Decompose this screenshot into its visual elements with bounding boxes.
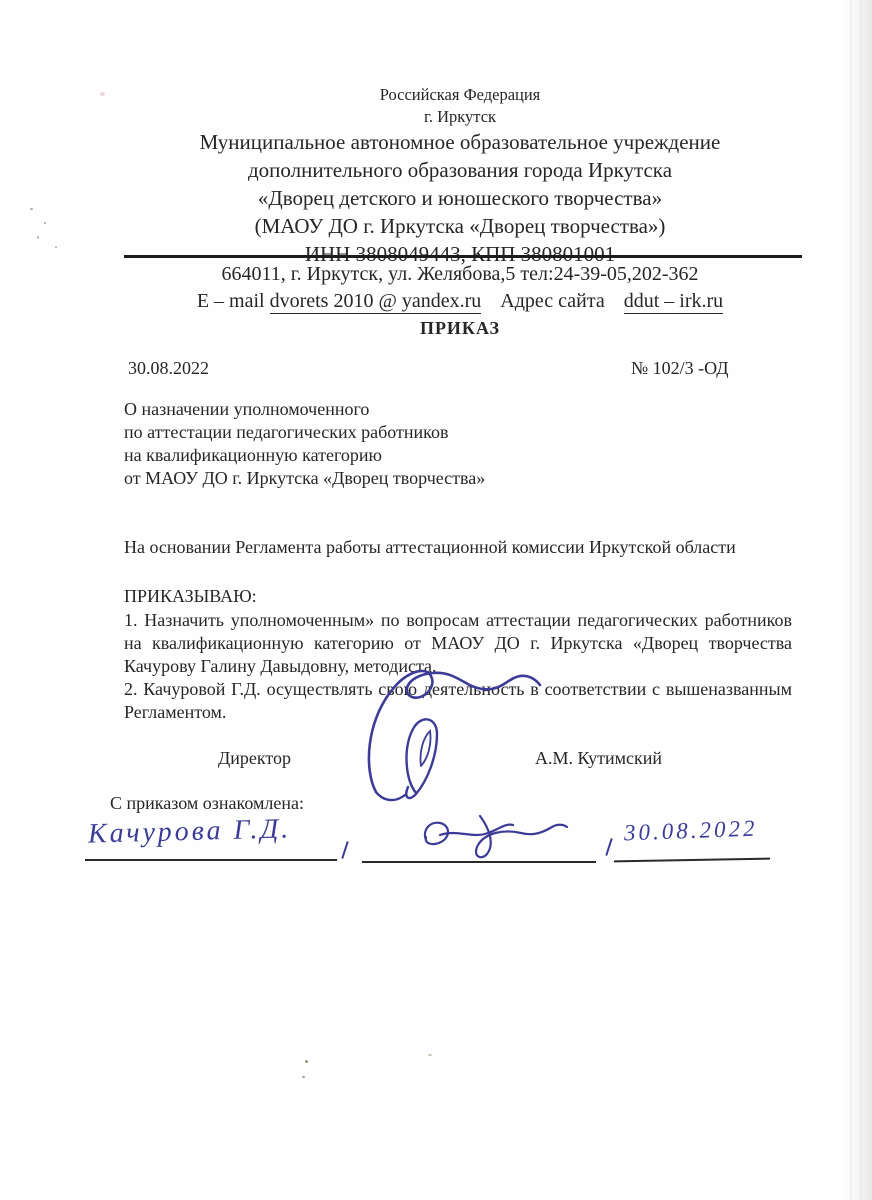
scan-speck: [305, 1060, 308, 1063]
scan-speck: [428, 1054, 432, 1056]
letterhead-divider-line: [124, 255, 802, 258]
subject-line: на квалификационную категорию: [124, 444, 684, 467]
order-date: 30.08.2022: [128, 358, 209, 378]
site-text: ddut – irk.ru: [624, 290, 723, 314]
order-meta-row: 30.08.2022 № 102/3 -ОД: [128, 358, 808, 379]
signer-role: Директор: [218, 748, 291, 769]
order-title: ПРИКАЗ: [130, 318, 790, 339]
decree-label: ПРИКАЗЫВАЮ:: [124, 586, 794, 607]
handwritten-date: 30.08.2022: [624, 816, 758, 847]
subject-line: от МАОУ ДО г. Иркутска «Дворец творчеств…: [124, 467, 684, 490]
scan-streak: [860, 0, 862, 1200]
scan-edge-shading: [844, 0, 872, 1200]
handwritten-separator: [605, 838, 612, 856]
scan-speck: [302, 1076, 305, 1078]
letterhead: Российская Федерация г. Иркутск Муниципа…: [130, 84, 790, 268]
scan-speck: [55, 246, 57, 248]
email-prefix: E – mail: [197, 290, 265, 312]
scan-speck: [37, 236, 39, 239]
subject-line: О назначении уполномоченного: [124, 398, 684, 421]
order-basis: На основании Регламента работы аттестаци…: [124, 537, 794, 558]
order-subject: О назначении уполномоченного по аттестац…: [124, 398, 684, 490]
signature-line-1: [85, 859, 337, 861]
scan-streak: [850, 0, 852, 1200]
letterhead-org-line3: «Дворец детского и юношеского творчества…: [130, 184, 790, 212]
letterhead-org-line1: Муниципальное автономное образовательное…: [130, 128, 790, 156]
acknowledgement-label: С приказом ознакомлена:: [110, 793, 304, 814]
scan-speck: [44, 222, 46, 224]
order-number: № 102/3 -ОД: [631, 358, 729, 379]
handwritten-separator: [341, 841, 348, 859]
email-text: dvorets 2010 @ yandex.ru: [270, 290, 482, 314]
scan-speck: [100, 92, 105, 96]
letterhead-address: 664011, г. Иркутск, ул. Желябова,5 тел:2…: [130, 261, 790, 288]
letterhead-org-line2: дополнительного образования города Иркут…: [130, 156, 790, 184]
site-label: Адрес сайта: [500, 290, 604, 312]
scanned-order-document: Российская Федерация г. Иркутск Муниципа…: [0, 0, 872, 1200]
letterhead-city: г. Иркутск: [130, 106, 790, 128]
signer-name: А.М. Кутимский: [535, 748, 662, 769]
letterhead-contacts-row: E – mail dvorets 2010 @ yandex.ru Адрес …: [130, 288, 790, 315]
scan-speck: [30, 208, 33, 210]
letterhead-country: Российская Федерация: [130, 84, 790, 106]
handwritten-name: Качурова Г.Д.: [88, 813, 292, 850]
letterhead-org-line4: (МАОУ ДО г. Иркутска «Дворец творчества»…: [130, 212, 790, 240]
signature-line-3: [614, 858, 770, 862]
director-signature-ink: [346, 660, 556, 813]
letterhead-contacts: 664011, г. Иркутск, ул. Желябова,5 тел:2…: [130, 261, 790, 315]
subject-line: по аттестации педагогических работников: [124, 421, 684, 444]
signature-line-2: [362, 861, 596, 863]
